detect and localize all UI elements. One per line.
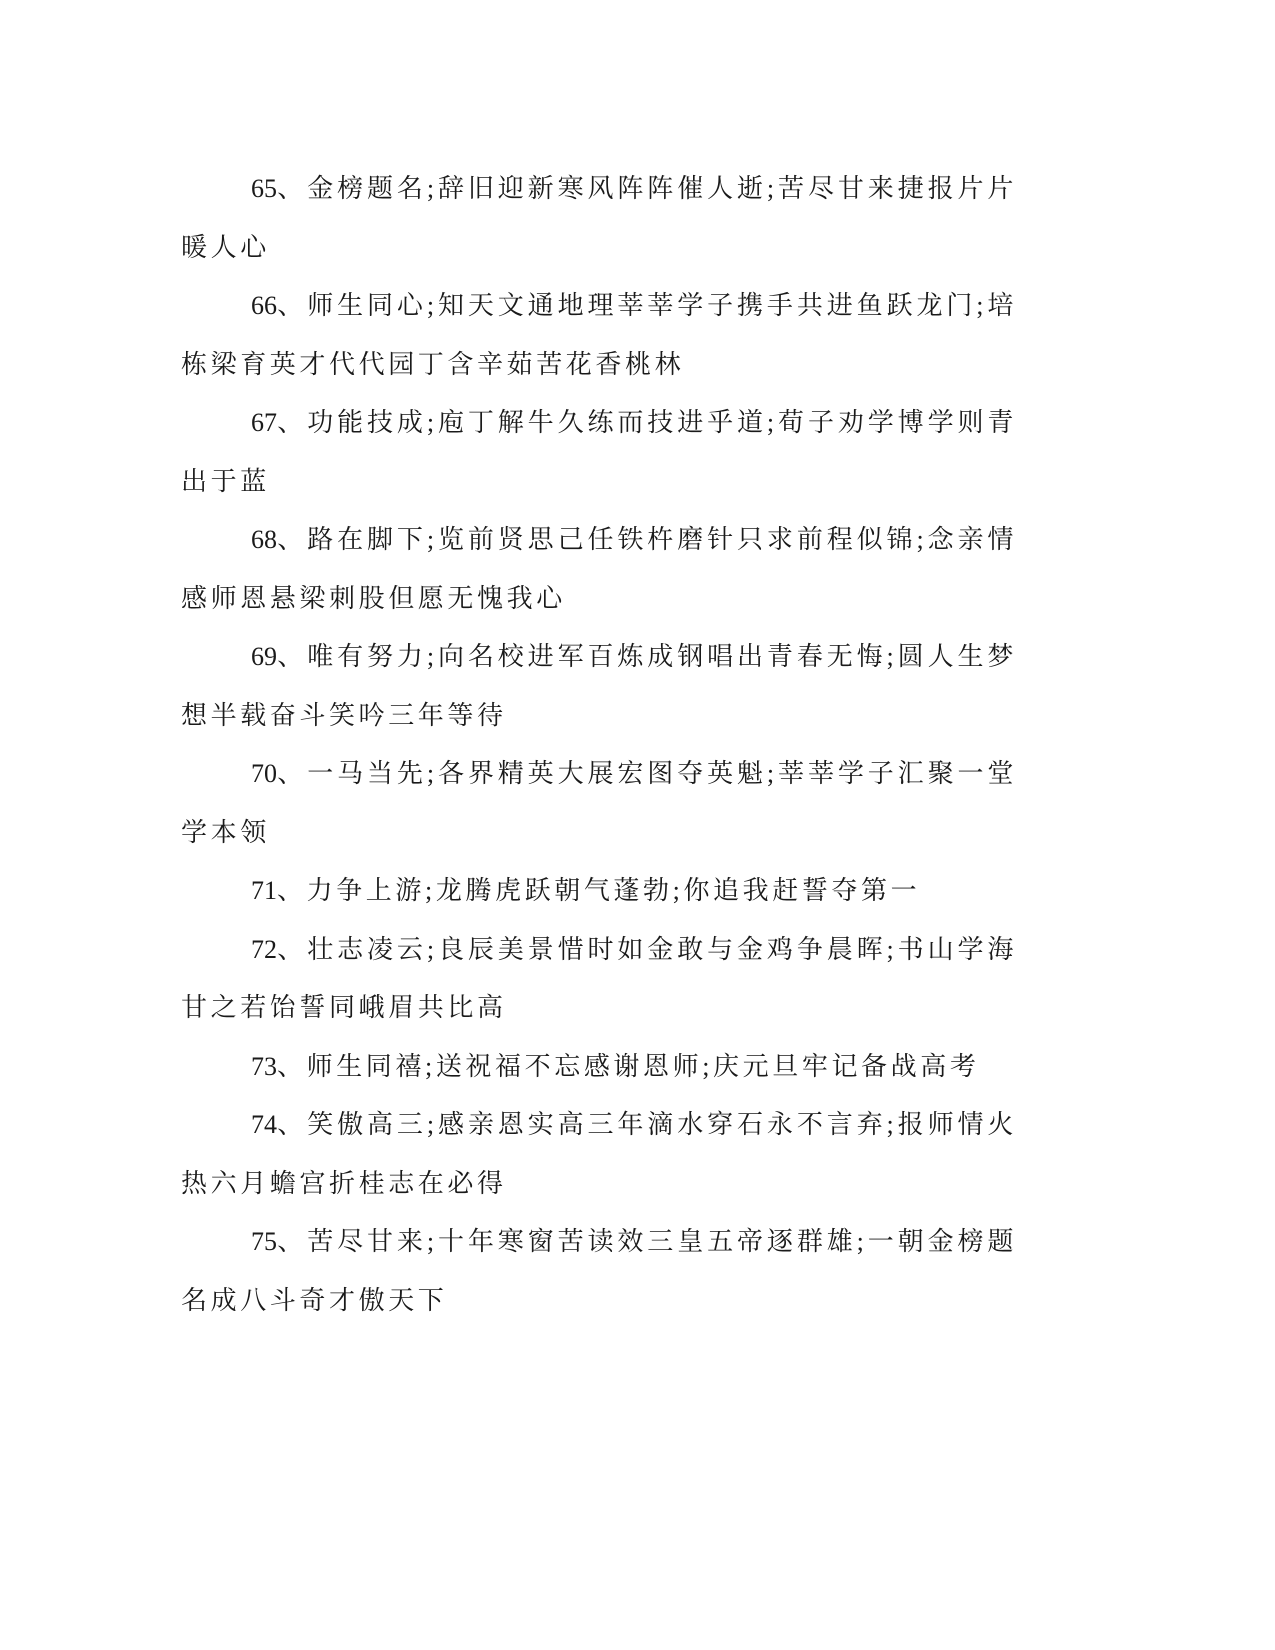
entry-number: 69: [251, 642, 277, 671]
entry-75: 75、苦尽甘来;十年寒窗苦读效三皇五帝逐群雄;一朝金榜题名成八斗奇才傲天下: [181, 1213, 1017, 1330]
entry-text: 、师生同心;知天文通地理莘莘学子携手共进鱼跃龙门;培栋梁育英才代代园丁含辛茹苦花…: [181, 291, 1017, 379]
entry-71: 71、力争上游;龙腾虎跃朝气蓬勃;你追我赶誓夺第一: [181, 862, 1017, 921]
entry-text: 、金榜题名;辞旧迎新寒风阵阵催人逝;苦尽甘来捷报片片暖人心: [181, 174, 1017, 262]
entry-text: 、壮志凌云;良辰美景惜时如金敢与金鸡争晨晖;书山学海甘之若饴誓同峨眉共比高: [181, 935, 1017, 1023]
entry-text: 、一马当先;各界精英大展宏图夺英魁;莘莘学子汇聚一堂学本领: [181, 759, 1017, 847]
entry-text: 、唯有努力;向名校进军百炼成钢唱出青春无悔;圆人生梦想半载奋斗笑吟三年等待: [181, 642, 1017, 730]
entry-number: 68: [251, 525, 277, 554]
entry-text: 、笑傲高三;感亲恩实高三年滴水穿石永不言弃;报师情火热六月蟾宫折桂志在必得: [181, 1110, 1017, 1198]
entry-text: 、路在脚下;览前贤思己任铁杵磨针只求前程似锦;念亲情感师恩悬梁刺股但愿无愧我心: [181, 525, 1017, 613]
entry-number: 73: [251, 1052, 277, 1081]
entry-70: 70、一马当先;各界精英大展宏图夺英魁;莘莘学子汇聚一堂学本领: [181, 745, 1017, 862]
entry-text: 、功能技成;庖丁解牛久练而技进乎道;荀子劝学博学则青出于蓝: [181, 408, 1017, 496]
entry-number: 71: [251, 876, 277, 905]
entry-text: 、力争上游;龙腾虎跃朝气蓬勃;你追我赶誓夺第一: [277, 876, 920, 905]
entry-number: 74: [251, 1110, 277, 1139]
entry-text: 、苦尽甘来;十年寒窗苦读效三皇五帝逐群雄;一朝金榜题名成八斗奇才傲天下: [181, 1227, 1017, 1315]
entry-68: 68、路在脚下;览前贤思己任铁杵磨针只求前程似锦;念亲情感师恩悬梁刺股但愿无愧我…: [181, 511, 1017, 628]
entry-69: 69、唯有努力;向名校进军百炼成钢唱出青春无悔;圆人生梦想半载奋斗笑吟三年等待: [181, 628, 1017, 745]
entry-74: 74、笑傲高三;感亲恩实高三年滴水穿石永不言弃;报师情火热六月蟾宫折桂志在必得: [181, 1096, 1017, 1213]
entry-number: 66: [251, 291, 277, 320]
document-page: 65、金榜题名;辞旧迎新寒风阵阵催人逝;苦尽甘来捷报片片暖人心 66、师生同心;…: [181, 160, 1017, 1330]
entry-number: 70: [251, 759, 277, 788]
entry-text: 、师生同禧;送祝福不忘感谢恩师;庆元旦牢记备战高考: [277, 1052, 979, 1081]
entry-72: 72、壮志凌云;良辰美景惜时如金敢与金鸡争晨晖;书山学海甘之若饴誓同峨眉共比高: [181, 921, 1017, 1038]
entry-66: 66、师生同心;知天文通地理莘莘学子携手共进鱼跃龙门;培栋梁育英才代代园丁含辛茹…: [181, 277, 1017, 394]
entry-number: 72: [251, 935, 277, 964]
entry-number: 65: [251, 174, 277, 203]
entry-65: 65、金榜题名;辞旧迎新寒风阵阵催人逝;苦尽甘来捷报片片暖人心: [181, 160, 1017, 277]
entry-67: 67、功能技成;庖丁解牛久练而技进乎道;荀子劝学博学则青出于蓝: [181, 394, 1017, 511]
entry-number: 75: [251, 1227, 277, 1256]
entry-number: 67: [251, 408, 277, 437]
entry-73: 73、师生同禧;送祝福不忘感谢恩师;庆元旦牢记备战高考: [181, 1038, 1017, 1097]
